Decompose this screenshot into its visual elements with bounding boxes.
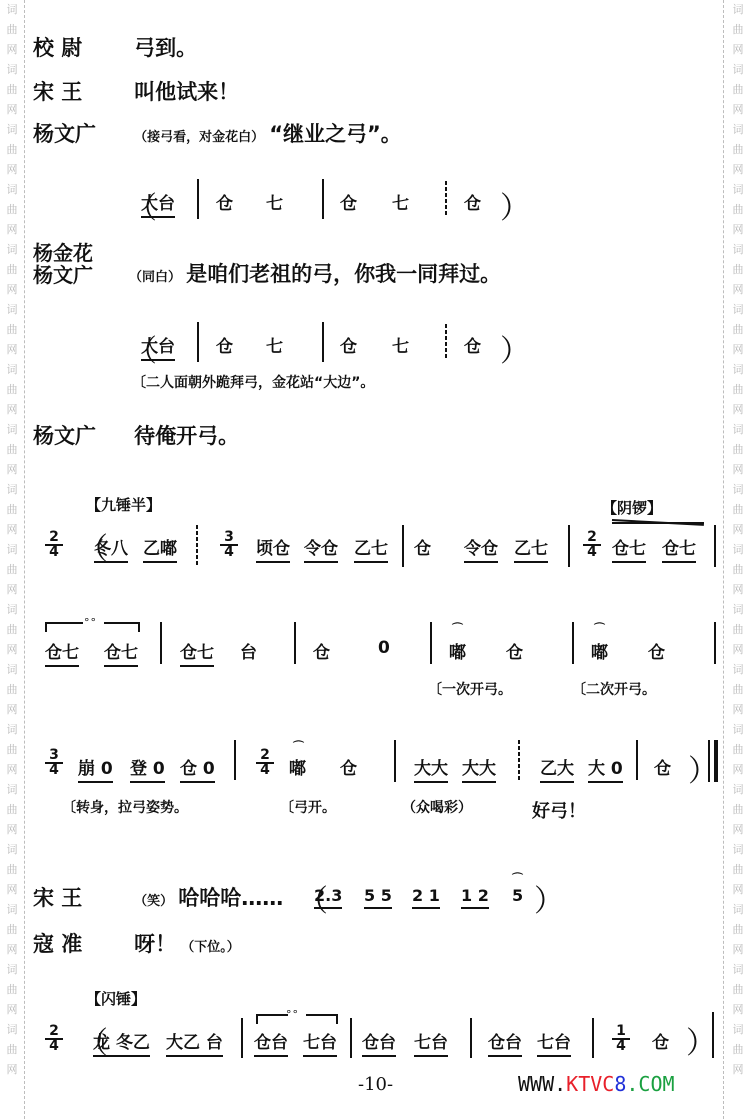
stage-direction: 〔二次开弓。: [572, 679, 656, 699]
perc-token: 七: [266, 189, 283, 214]
bracket: [256, 1014, 288, 1024]
perc-token: 仓: [652, 1028, 669, 1053]
watermark-char: 曲: [3, 680, 21, 700]
perc-token: 大台: [141, 332, 175, 361]
bracket: [306, 1014, 338, 1024]
watermark-char: 曲: [729, 980, 747, 1000]
watermark-char: 网: [729, 940, 747, 960]
perc-token: 大乙 台: [166, 1028, 223, 1057]
watermark-char: 网: [729, 460, 747, 480]
perc-token: 仓: [340, 754, 357, 779]
perc-token: 仓七: [662, 534, 696, 563]
stage-direction: 〔弓开。: [280, 797, 336, 817]
barline: [568, 525, 570, 567]
dashed-barline: [445, 324, 447, 360]
score-row-2: °° 仓七 仓七 仓七 台 仓 0 ⌒ 嘟 仓 ⌒ 嘟 仓: [0, 626, 750, 670]
watermark-char: 词: [3, 0, 21, 20]
perc-token: 七: [392, 332, 409, 357]
watermark-char: 网: [729, 400, 747, 420]
perc-token: 台: [240, 638, 257, 663]
note-group: 5: [512, 886, 523, 905]
watermark-char: 词: [729, 0, 747, 20]
watermark-char: 曲: [3, 860, 21, 880]
perc-token: 仓: [313, 638, 330, 663]
watermark-char: 词: [3, 120, 21, 140]
watermark-char: 词: [3, 720, 21, 740]
dashed-barline: [445, 181, 447, 217]
perc-token: 令仓: [464, 534, 498, 563]
time-signature: 14: [612, 1025, 630, 1053]
watermark-char: 网: [3, 580, 21, 600]
watermark-char: 词: [729, 120, 747, 140]
watermark-char: 词: [729, 960, 747, 980]
watermark-char: 词: [729, 60, 747, 80]
dashed-barline: [196, 525, 198, 565]
barline: [294, 622, 296, 664]
watermark-char: 网: [3, 160, 21, 180]
watermark-char: 网: [3, 40, 21, 60]
watermark-char: 曲: [3, 500, 21, 520]
barline: [430, 622, 432, 664]
watermark-char: 词: [729, 300, 747, 320]
watermark-char: 曲: [3, 380, 21, 400]
perc-token: 仓: [464, 332, 481, 357]
stage-direction: 〔二人面朝外跪拜弓，金花站“大边”。: [132, 372, 374, 392]
watermark-char: 词: [3, 420, 21, 440]
perc-token: 七台: [414, 1028, 448, 1057]
perc-token: 大 0: [588, 754, 623, 783]
perc-token: 乙大: [540, 754, 574, 783]
speech-text: 好弓！: [532, 797, 586, 823]
role-name: 杨金花: [33, 242, 93, 264]
watermark-char: 网: [729, 100, 747, 120]
watermark-char: 曲: [3, 800, 21, 820]
barline: [592, 1018, 594, 1058]
watermark-char: 曲: [729, 80, 747, 100]
watermark-char: 词: [729, 240, 747, 260]
barline: [241, 1018, 243, 1058]
watermark-char: 网: [3, 940, 21, 960]
perc-token: 仓: [464, 189, 481, 214]
watermark-char: 曲: [3, 20, 21, 40]
close-paren: ）: [534, 876, 564, 920]
watermark-char: 曲: [729, 440, 747, 460]
watermark-char: 网: [729, 580, 747, 600]
watermark-char: 词: [729, 720, 747, 740]
perc-token: 嘟: [591, 638, 608, 663]
watermark-char: 网: [3, 700, 21, 720]
perc-token: 仓: [340, 332, 357, 357]
watermark-char: 曲: [729, 680, 747, 700]
barline: [197, 179, 199, 219]
perc-token: 乙七: [514, 534, 548, 563]
dialogue-line: 校 尉 弓到。: [33, 32, 197, 62]
barline: [234, 740, 236, 780]
score-row-4: 24 （ 龙 冬乙 大乙 台 °° 仓台 七台 仓台 七台 仓台 七台 14 仓…: [0, 1022, 750, 1066]
dialogue-line: 杨文广 （接弓看，对金花白） “继业之弓”。: [33, 118, 402, 148]
watermark-char: 词: [729, 420, 747, 440]
perc-token: 仓: [506, 638, 523, 663]
watermark-char: 曲: [729, 380, 747, 400]
stage-direction: （众喝彩）: [402, 797, 472, 817]
perc-token: 大大: [414, 754, 448, 783]
watermark-char: 词: [3, 240, 21, 260]
perc-token: 仓 0: [180, 754, 215, 783]
perc-token: 登 0: [130, 754, 165, 783]
stage-direction: （下位。）: [181, 940, 240, 955]
stage-direction: （接弓看，对金花白）: [134, 130, 264, 145]
perc-token: 顷仓: [256, 534, 290, 563]
barline: [350, 1018, 352, 1058]
watermark-char: 网: [729, 820, 747, 840]
perc-token: 龙 冬乙: [93, 1028, 150, 1057]
watermark-char: 词: [729, 600, 747, 620]
perc-token: 仓: [654, 754, 671, 779]
section-label: 【阴锣】: [602, 497, 662, 518]
site-watermark: WWW.KTVC8.COM: [518, 1072, 675, 1096]
perc-token: 仓台: [362, 1028, 396, 1057]
watermark-char: 曲: [729, 500, 747, 520]
dots-mark: °°: [84, 616, 97, 629]
perc-token: 0: [378, 638, 390, 658]
time-signature: 24: [256, 749, 274, 777]
role-name: 杨文广: [33, 264, 93, 286]
time-signature: 34: [220, 531, 238, 559]
watermark-char: 词: [3, 600, 21, 620]
percussion-phrase-1: （ 大台 仓 七 仓 七 仓 ）: [0, 185, 750, 229]
time-signature: 24: [45, 531, 63, 559]
perc-token: 大大: [462, 754, 496, 783]
speech-text: 待俺开弓。: [134, 424, 239, 448]
final-barline: [714, 740, 718, 782]
perc-token: 七台: [537, 1028, 571, 1057]
perc-token: 乙七: [354, 534, 388, 563]
perc-token: 仓: [216, 189, 233, 214]
watermark-char: 网: [729, 700, 747, 720]
perc-token: 仓七: [104, 638, 138, 667]
perc-token: 仓: [414, 534, 431, 559]
perc-token: 嘟: [449, 638, 466, 663]
role-name: 寇 准: [33, 928, 129, 958]
dashed-barline: [518, 740, 520, 780]
barline: [636, 740, 638, 780]
dialogue-line: （同白） 是咱们老祖的弓，你我一同拜过。: [129, 258, 501, 288]
note-group: 2.3: [314, 886, 342, 909]
crescendo-mark: [612, 522, 704, 524]
barline: [714, 622, 716, 664]
watermark-char: 曲: [3, 440, 21, 460]
barline: [160, 622, 162, 664]
perc-token: 仓: [340, 189, 357, 214]
watermark-char: 曲: [3, 980, 21, 1000]
time-signature: 24: [583, 531, 601, 559]
dialogue-line: 寇 准 呀！ （下位。）: [33, 928, 240, 958]
watermark-char: 网: [3, 100, 21, 120]
watermark-char: 曲: [729, 140, 747, 160]
watermark-char: 网: [729, 280, 747, 300]
bracket: [104, 622, 140, 632]
stage-direction: 〔转身，拉弓姿势。: [62, 797, 188, 817]
note-group: 1 2: [461, 886, 489, 909]
watermark-char: 曲: [729, 860, 747, 880]
perc-token: 嘟: [289, 754, 306, 779]
role-name: 杨文广: [33, 420, 129, 450]
fermata-icon: ⌒: [512, 870, 523, 886]
role-name: 宋 王: [33, 76, 129, 106]
watermark-char: 网: [3, 280, 21, 300]
watermark-char: 曲: [3, 80, 21, 100]
watermark-char: 网: [3, 400, 21, 420]
close-paren: ）: [500, 183, 530, 227]
watermark-char: 曲: [729, 260, 747, 280]
dialogue-line: 宋 王 叫他试来！: [33, 76, 239, 106]
watermark-char: 曲: [3, 260, 21, 280]
role-name: 杨文广: [33, 118, 129, 148]
watermark-char: 词: [729, 840, 747, 860]
watermark-char: 曲: [729, 800, 747, 820]
watermark-char: 网: [3, 820, 21, 840]
barline: [394, 740, 396, 782]
percussion-phrase-2: （ 大台 仓 七 仓 七 仓 ）: [0, 328, 750, 372]
page-number: -10-: [358, 1074, 393, 1095]
watermark-char: 网: [729, 1000, 747, 1020]
watermark-char: 曲: [729, 20, 747, 40]
speech-text: 叫他试来！: [134, 80, 239, 104]
speech-text: “继业之弓”。: [269, 122, 402, 146]
perc-token: 仓七: [612, 534, 646, 563]
barline: [572, 622, 574, 664]
watermark-char: 曲: [3, 140, 21, 160]
barline: [470, 1018, 472, 1058]
barline: [322, 322, 324, 362]
speech-text: 弓到。: [134, 36, 197, 60]
perc-token: 仓台: [254, 1028, 288, 1057]
watermark-char: 词: [3, 480, 21, 500]
perc-token: 崩 0: [78, 754, 113, 783]
stage-direction: 〔一次开弓。: [428, 679, 512, 699]
role-name: 校 尉: [33, 32, 129, 62]
speech-text: 呀！: [134, 932, 176, 956]
time-signature: 34: [45, 749, 63, 777]
dots-mark: °°: [286, 1008, 299, 1021]
perc-token: 仓七: [45, 638, 79, 667]
stage-direction: （同白）: [129, 270, 181, 285]
barline: [712, 1012, 714, 1058]
dialogue-line: 杨文广 待俺开弓。: [33, 420, 239, 450]
perc-token: 乙嘟: [143, 534, 177, 563]
barline: [322, 179, 324, 219]
watermark-char: 词: [3, 960, 21, 980]
perc-token: 仓台: [488, 1028, 522, 1057]
perc-token: 仓: [648, 638, 665, 663]
fermata-icon: ⌒: [452, 620, 463, 636]
fermata-icon: ⌒: [594, 620, 605, 636]
perc-token: 七台: [303, 1028, 337, 1057]
watermark-char: 词: [729, 480, 747, 500]
bracket: [45, 622, 83, 632]
perc-token: 仓七: [180, 638, 214, 667]
barline: [197, 322, 199, 362]
barline: [714, 525, 716, 567]
watermark-char: 词: [3, 300, 21, 320]
watermark-char: 网: [3, 460, 21, 480]
close-paren: ）: [500, 326, 530, 370]
score-row-1: 24 （ 冬八 乙嘟 34 顷仓 令仓 乙七 仓 令仓 乙七 24 仓七 仓七: [0, 528, 750, 572]
section-label: 【闪锤】: [86, 988, 146, 1009]
perc-token: 七: [392, 189, 409, 214]
watermark-char: 网: [729, 40, 747, 60]
barline: [402, 525, 404, 567]
speech-text: 是咱们老祖的弓，你我一同拜过。: [186, 262, 501, 286]
watermark-char: 网: [3, 1000, 21, 1020]
watermark-char: 词: [3, 60, 21, 80]
melody-phrase: （ 2.3 5 5 2 1 1 2 ⌒ 5 ）: [0, 880, 750, 924]
perc-token: 冬八: [94, 534, 128, 563]
section-label: 【九锤半】: [86, 494, 161, 515]
note-group: 5 5: [364, 886, 392, 909]
time-signature: 24: [45, 1025, 63, 1053]
perc-token: 七: [266, 332, 283, 357]
fermata-icon: ⌒: [293, 738, 304, 754]
perc-token: 大台: [141, 189, 175, 218]
note-group: 2 1: [412, 886, 440, 909]
final-barline: [708, 740, 710, 782]
watermark-char: 词: [3, 840, 21, 860]
perc-token: 仓: [216, 332, 233, 357]
role-name-stack: 杨金花 杨文广: [33, 242, 93, 286]
score-row-3: 34 崩 0 登 0 仓 0 24 ⌒ 嘟 仓 大大 大大 乙大 大 0 仓 ）: [0, 746, 750, 790]
watermark-char: 网: [729, 160, 747, 180]
perc-token: 令仓: [304, 534, 338, 563]
